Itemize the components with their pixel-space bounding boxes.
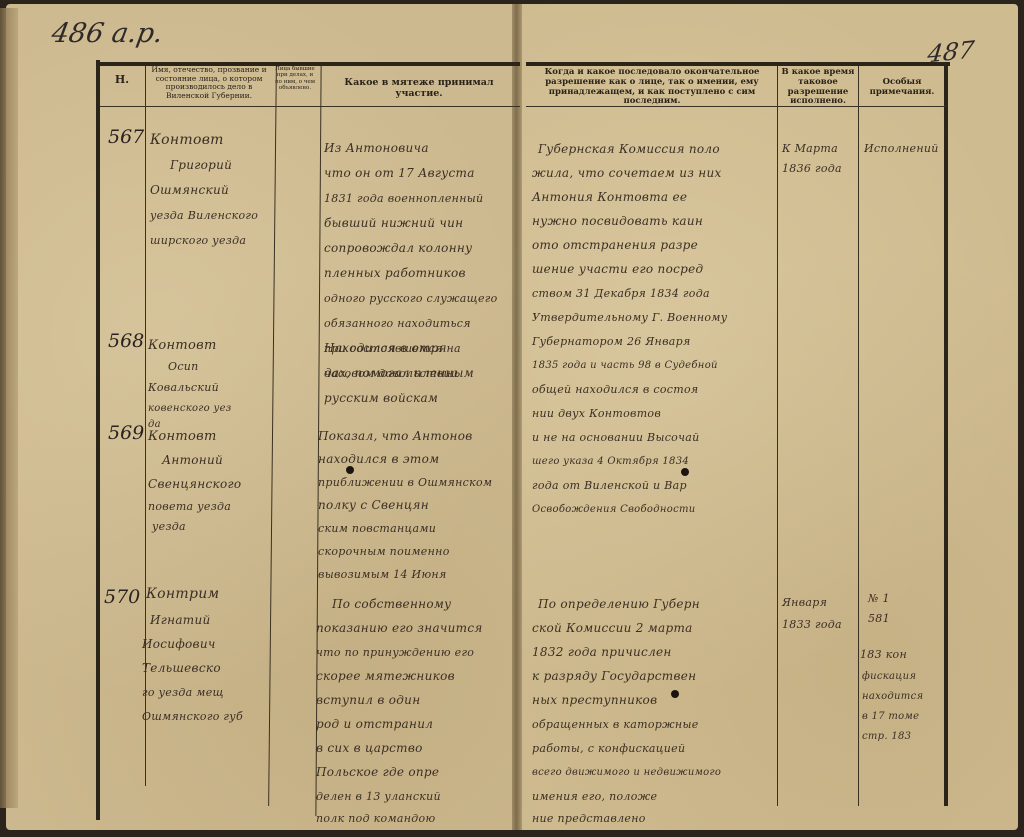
col-rule-5 <box>858 66 859 806</box>
entry-name-line: уезда Виленского <box>150 203 258 228</box>
participation-line: скорочным поименно <box>318 539 450 564</box>
entry-name-line: го уезда мещ <box>142 680 224 705</box>
resolution-line: шего указа 4 Октября 1834 <box>532 449 689 474</box>
resolution-line: Губернатором 26 Января <box>532 329 691 354</box>
entry-name-line: Иосифович <box>142 632 216 657</box>
resolution-line: ние представлено <box>532 806 646 831</box>
header-number: Н. <box>100 74 144 87</box>
header-participation: Какое в мятеже принимал участие. <box>320 78 518 100</box>
participation-line: 1831 года военнопленный <box>324 186 483 211</box>
participation-line: показанию его значится <box>316 616 483 641</box>
resolution-line: к разряду Государствен <box>532 664 696 689</box>
participation-line: полк под командою <box>316 806 435 831</box>
participation-line: полку с Свенцян <box>318 493 429 518</box>
entry-name-line: Григорий <box>170 153 232 178</box>
participation-line: что по принуждению его <box>316 640 474 665</box>
participation-line: дах, помогал пленным <box>324 361 474 386</box>
entry-number: 567 <box>108 126 144 148</box>
executed-line: 1836 года <box>782 156 842 181</box>
left-outer-rule <box>96 60 100 820</box>
participation-line: вступил в один <box>316 688 420 713</box>
page-stack-edge <box>0 8 18 808</box>
resolution-line: 1832 года причислен <box>532 640 672 665</box>
participation-line: скорее мятежников <box>316 664 455 689</box>
entry-name-line: Контовт <box>150 128 224 153</box>
entry-name-line: Игнатий <box>150 608 211 633</box>
right-outer-rule <box>944 62 948 806</box>
resolution-line: ской Комиссии 2 марта <box>532 616 693 641</box>
binding-hole <box>671 690 679 698</box>
notes-line: стр. 183 <box>862 724 911 749</box>
resolution-line: и не на основании Высочай <box>532 425 699 450</box>
participation-line: сопровождал колонну <box>324 236 472 261</box>
resolution-line: всего движимого и недвижимого <box>532 760 721 785</box>
participation-line: вывозимым 14 Июня <box>318 562 447 587</box>
resolution-line: По определению Губерн <box>538 592 700 617</box>
participation-line: обязанного находиться <box>324 311 471 336</box>
resolution-line: работы, с конфискацией <box>532 736 685 761</box>
entry-name-line: ширского уезда <box>150 228 246 253</box>
participation-line: бывший нижний чин <box>324 211 463 236</box>
executed-line: 1833 года <box>782 612 842 637</box>
resolution-line: Освобождения Свободности <box>532 497 696 522</box>
resolution-line: Утвердительному Г. Военному <box>532 305 727 330</box>
header-name: Имя, отечество, прозвание и состояние ли… <box>147 66 271 101</box>
resolution-line: ото отстранения разре <box>532 233 698 258</box>
header-rule-left <box>100 106 520 107</box>
participation-line: Находился в отря <box>324 336 447 361</box>
resolution-line: ством 31 Декабря 1834 года <box>532 281 710 306</box>
resolution-line: Губернская Комиссия поло <box>538 137 720 162</box>
notes-line: 581 <box>868 606 890 631</box>
participation-line: русским войскам <box>324 386 438 411</box>
header-was-in-service: Лица бывшие при делах, и по ним, о чем о… <box>274 66 316 91</box>
entry-name-line: Антоний <box>162 448 223 473</box>
entry-number: 570 <box>104 586 140 608</box>
participation-line: одного русского служащего <box>324 286 498 311</box>
participation-line: род и отстранил <box>316 712 433 737</box>
participation-line: приближении в Ошмянском <box>318 470 492 495</box>
participation-line: Показал, что Антонов <box>318 424 473 449</box>
resolution-line: общей находился в состоя <box>532 377 698 402</box>
header-notes: Особыя примечания. <box>860 78 944 98</box>
participation-line: Из Антоновича <box>324 136 429 161</box>
participation-line: По собственному <box>332 592 451 617</box>
left-folio-number: 486 а.р. <box>49 18 165 49</box>
left-page <box>6 4 516 830</box>
resolution-line: жила, что сочетаем из них <box>532 161 722 186</box>
entry-number: 569 <box>108 422 144 444</box>
participation-line: в сих в царство <box>316 736 423 761</box>
header-resolution: Когда и какое последовало окончательное … <box>528 68 776 107</box>
resolution-line: шение участи его посред <box>532 257 703 282</box>
binding-hole <box>681 468 689 476</box>
entry-name-line: Тельшевско <box>142 656 221 681</box>
entry-name-line: Контовт <box>148 424 217 449</box>
resolution-line: года от Виленской и Вар <box>532 473 687 498</box>
participation-line: находился в этом <box>318 447 439 472</box>
entry-number: 568 <box>108 330 144 352</box>
resolution-line: ных преступников <box>532 688 657 713</box>
col-rule-4 <box>777 66 778 806</box>
resolution-line: обращенных в каторжные <box>532 712 699 737</box>
header-executed: В какое время таковое разрешение исполне… <box>779 68 857 107</box>
notes-line: Исполнений <box>864 136 939 161</box>
participation-line: Польское где опре <box>316 760 439 785</box>
participation-line: пленных работников <box>324 261 466 286</box>
resolution-line: 1835 года и часть 98 в Судебной <box>532 353 718 378</box>
top-rule-right <box>526 62 950 66</box>
resolution-line: нужно посвидовать каин <box>532 209 703 234</box>
book-gutter <box>512 4 522 830</box>
entry-name-line: Ошмянский <box>150 178 229 203</box>
participation-line: ским повстанцами <box>318 516 436 541</box>
binding-hole <box>346 466 354 474</box>
entry-name-line: уезда <box>152 514 186 539</box>
participation-line: что он от 17 Августа <box>324 161 475 186</box>
open-ledger-book: 486 а.р. 487 Н. Имя, отечество, прозвани… <box>0 0 1024 837</box>
entry-name-line: Ошмянского губ <box>142 704 243 729</box>
resolution-line: нии двух Контовтов <box>532 401 661 426</box>
entry-name-line: Контрим <box>146 582 219 607</box>
resolution-line: Антония Контовта ее <box>532 185 687 210</box>
